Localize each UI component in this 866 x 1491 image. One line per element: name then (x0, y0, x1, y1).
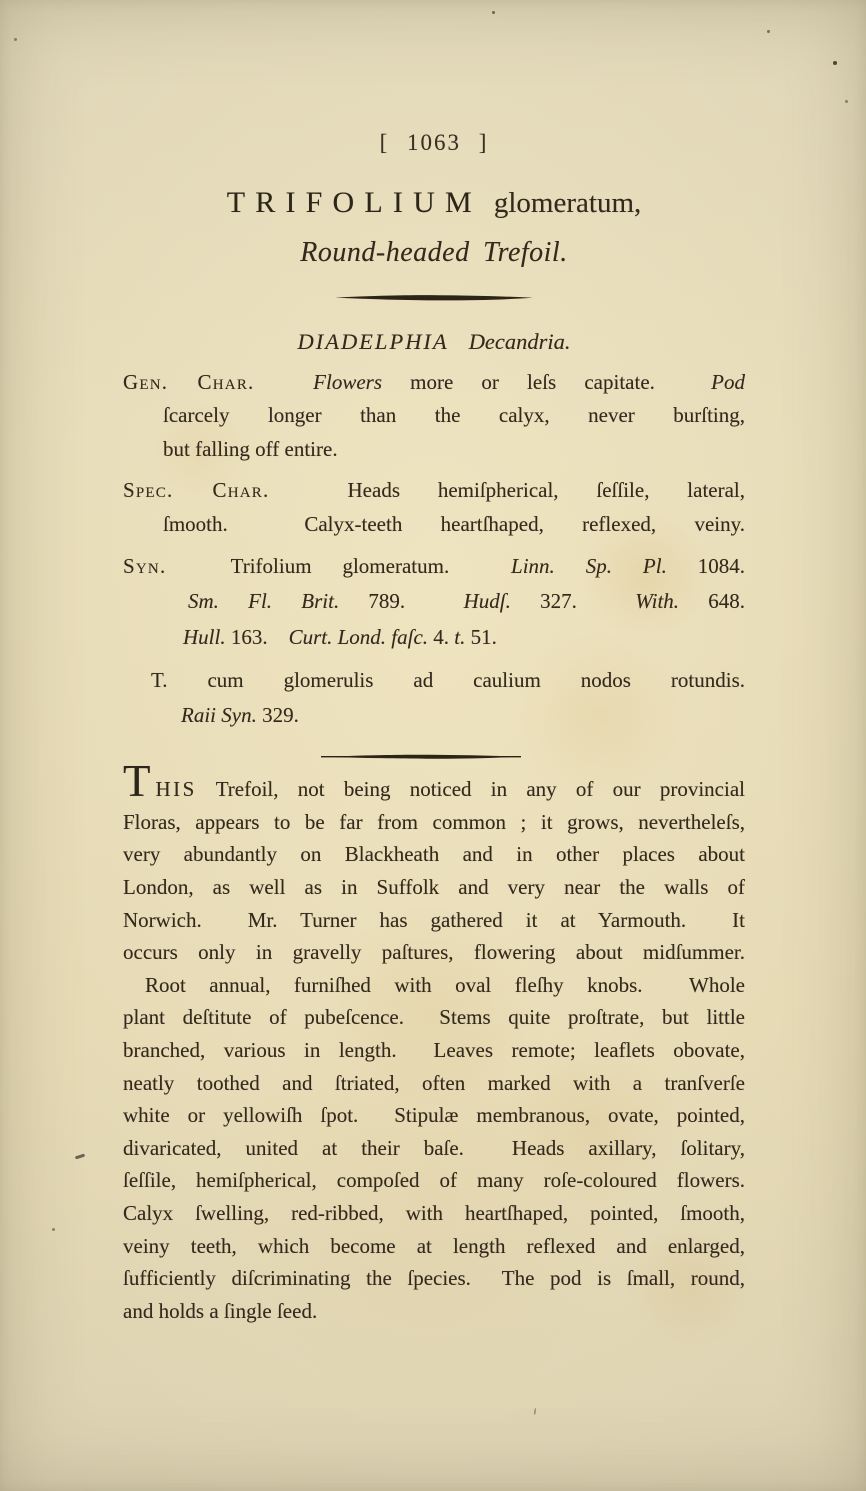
gen-char-section: Gen. Char. Flowers more or leſs capitate… (123, 366, 745, 466)
text-line: and holds a ſingle ſeed. (123, 1295, 745, 1328)
page-content: [ 1063 ] TRIFOLIUMglomeratum, Round-head… (123, 130, 745, 1327)
paper-speck (767, 30, 770, 33)
divider-rule-bottom (123, 753, 745, 761)
body-paragraph-1: THIS Trefoil, not being noticed in any o… (123, 773, 745, 969)
text-line: plant deſtitute of pubeſcence. Stems qui… (123, 1001, 745, 1034)
synonyms-section: Syn. Trifolium glomeratum. Linn. Sp. Pl.… (123, 549, 745, 655)
plate-title: TRIFOLIUMglomeratum, (123, 184, 745, 227)
paper-speck (833, 61, 837, 65)
text-line: very abundantly on Blackheath and in oth… (123, 838, 745, 871)
text-line: ſmooth. Calyx-teeth heartſhaped, reflexe… (163, 508, 745, 541)
swelled-rule-icon (334, 294, 534, 302)
text-line: divaricated, united at their baſe. Heads… (123, 1132, 745, 1165)
syn-label: Syn. (123, 554, 231, 578)
text-line: Sm. Fl. Brit. 789. Hudſ. 327. With. 648. (188, 584, 745, 619)
paper-speck (492, 11, 495, 14)
text-line: London, as well as in Suffolk and very n… (123, 871, 745, 904)
taxonomy-line: DIADELPHIADecandria. (123, 326, 745, 358)
text-line: ſufficiently diſcriminating the ſpecies.… (123, 1262, 745, 1295)
paper-speck (14, 38, 17, 41)
paper-speck (52, 1228, 55, 1231)
spec-char-section: Spec. Char. Heads hemiſpherical, ſeſſile… (123, 474, 745, 541)
text-line: but falling off entire. (163, 433, 745, 466)
spec-char-label: Spec. Char. (123, 478, 348, 502)
text-line: occurs only in gravelly paſtures, flower… (123, 936, 745, 969)
linnaean-order: Decandria. (469, 329, 571, 354)
paper-speck (534, 1408, 537, 1415)
text-line: Spec. Char. Heads hemiſpherical, ſeſſile… (123, 474, 745, 507)
page-number: [ 1063 ] (123, 130, 745, 156)
title-genus: TRIFOLIUM (227, 186, 482, 219)
text-line: veiny teeth, which become at length refl… (123, 1230, 745, 1263)
paper-speck (845, 100, 848, 103)
ray-synonym-section: T. cum glomerulis ad caulium nodos rotun… (123, 663, 745, 733)
text-line: Floras, appears to be far from common ; … (123, 806, 745, 839)
divider-rule-top (123, 294, 745, 302)
text-line: neatly toothed and ſtriated, often marke… (123, 1067, 745, 1100)
text-line: T. cum glomerulis ad caulium nodos rotun… (151, 663, 745, 698)
text-line: branched, various in length. Leaves remo… (123, 1034, 745, 1067)
text-line: ſeſſile, hemiſpherical, compoſed of many… (123, 1164, 745, 1197)
raised-initial: T (123, 756, 151, 806)
swelled-rule-icon (321, 753, 521, 761)
text-line: Hull. 163. Curt. Lond. faſc. 4. t. 51. (183, 620, 745, 655)
gen-char-label: Gen. Char. (123, 370, 313, 394)
title-species: glomeratum, (494, 187, 641, 219)
text-line: Syn. Trifolium glomeratum. Linn. Sp. Pl.… (123, 549, 745, 584)
text-line: Gen. Char. Flowers more or leſs capitate… (123, 366, 745, 399)
text-line: Raii Syn. 329. (181, 698, 745, 733)
text-line: Calyx ſwelling, red-ribbed, with heartſh… (123, 1197, 745, 1230)
linnaean-class: DIADELPHIA (297, 329, 448, 354)
text-line: Norwich. Mr. Turner has gathered it at Y… (123, 904, 745, 937)
text-line: white or yellowiſh ſpot. Stipulæ membran… (123, 1099, 745, 1132)
body-paragraph-2: Root annual, furniſhed with oval fleſhy … (123, 969, 745, 1328)
text-line: ſcarcely longer than the calyx, never bu… (163, 399, 745, 432)
paper-speck (75, 1154, 85, 1160)
book-page: [ 1063 ] TRIFOLIUMglomeratum, Round-head… (0, 0, 866, 1491)
text-line: Root annual, furniſhed with oval fleſhy … (145, 969, 745, 1002)
text-line: THIS Trefoil, not being noticed in any o… (123, 773, 745, 806)
common-name: Round-headed Trefoil. (123, 236, 745, 270)
